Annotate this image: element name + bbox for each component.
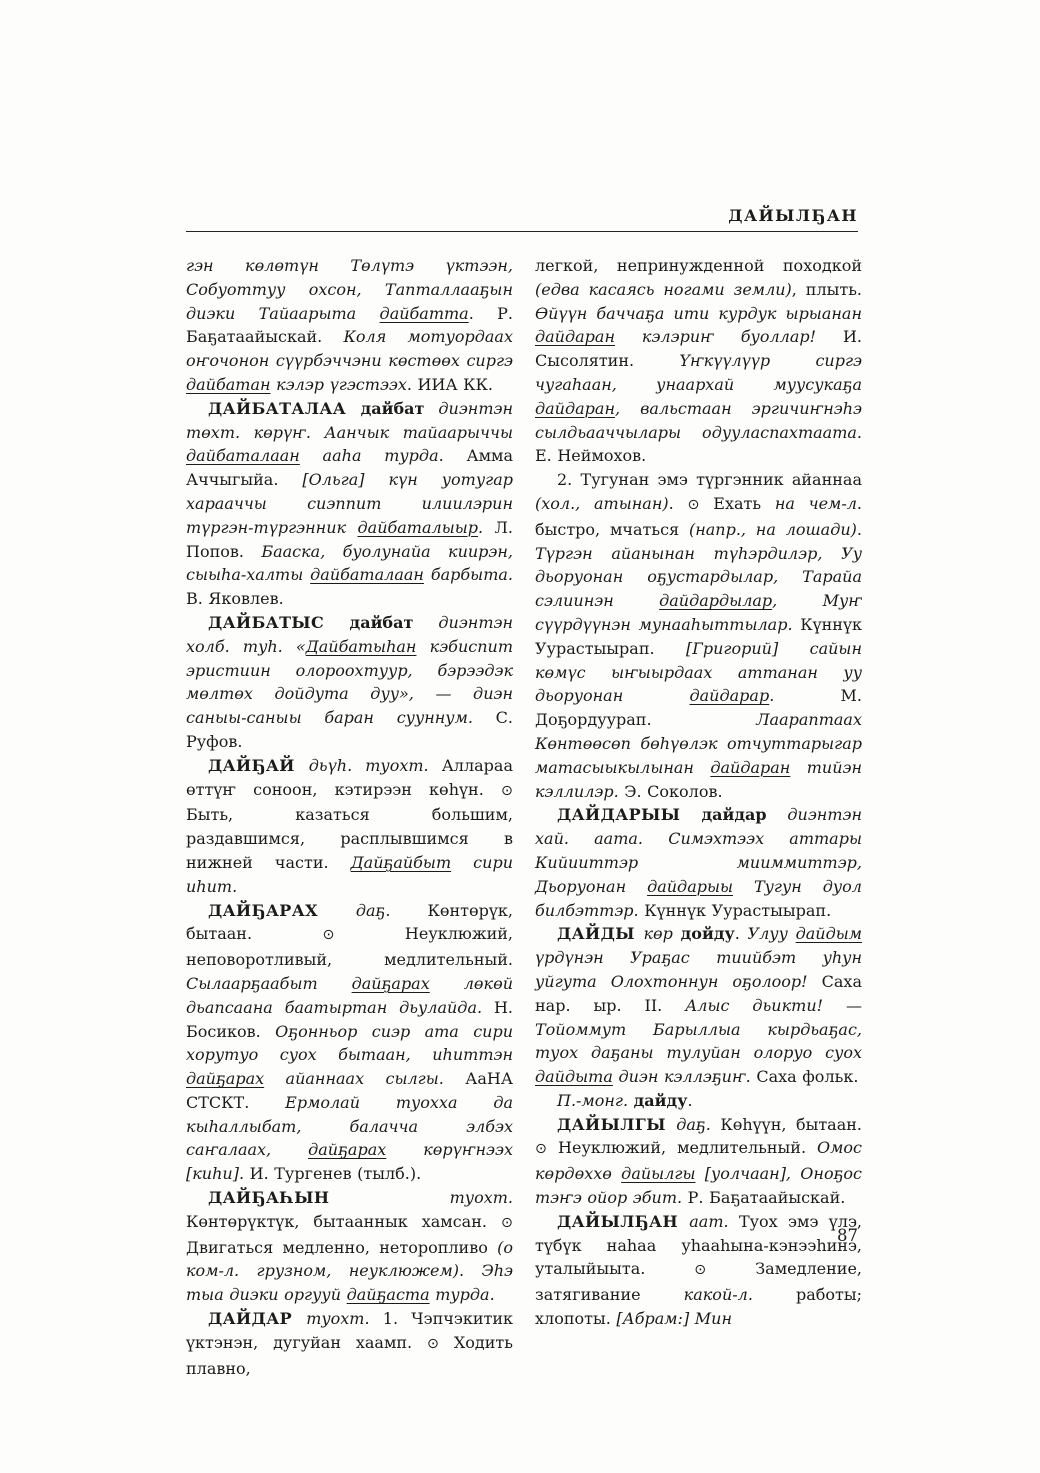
underlined-word-form: дайбаталаан xyxy=(186,446,300,465)
text-segment: Р. Баҕатаайыскай. xyxy=(682,1188,845,1207)
translation-marker-icon: ⊙ xyxy=(694,1262,706,1278)
underlined-word-form: дайҕарах xyxy=(186,1069,264,1088)
text-segment: . xyxy=(857,520,862,539)
text-segment: барбыта. xyxy=(424,565,513,584)
text-segment: . xyxy=(669,494,688,513)
text-segment: В. Яковлев. xyxy=(186,589,284,608)
dictionary-entry: ДАЙЫЛГЫ даҕ. Көһүүн, бытаан. ⊙ Неуклюжий… xyxy=(535,1113,862,1210)
paragraph: гэн көлөтүн Төлүтэ үктээн, Собуоттуу охс… xyxy=(186,254,513,397)
text-segment: (напр., на лошади) xyxy=(689,520,857,539)
text-segment: . xyxy=(735,924,748,943)
paragraph: легкой, непринужденной походкой (едва ка… xyxy=(535,254,862,468)
dictionary-entry: ДАЙҔАҺЫН туохт. Көнтөрүктүк, бытааннык х… xyxy=(186,1186,513,1307)
underlined-word-form: дайдарар xyxy=(690,686,770,705)
underlined-word-form: дайдарыы xyxy=(647,877,733,896)
translation-marker-icon: ⊙ xyxy=(427,1336,439,1352)
underlined-word-form: дайдаран xyxy=(535,399,615,418)
text-segment: [Абрам:] Мин xyxy=(616,1309,732,1328)
translation-marker-icon: ⊙ xyxy=(322,927,334,943)
headword-reference: дайдар xyxy=(701,805,787,824)
text-segment: (едва касаясь ногами земли) xyxy=(535,280,792,299)
headword: ДАЙҔАҺЫН xyxy=(208,1188,450,1207)
headword: ДАЙБАТАЛАА xyxy=(208,399,361,418)
text-segment: ааһа турда. xyxy=(300,446,444,465)
page-number: 87 xyxy=(186,1226,858,1245)
underlined-word-form: дайҕарах xyxy=(352,974,430,993)
headword-reference: дайбат xyxy=(361,399,439,418)
underlined-word-form: дайдаран xyxy=(710,758,790,777)
underlined-word-form: дайҕарах xyxy=(308,1140,386,1159)
text-segment: кэлэриҥ буоллар! xyxy=(615,327,816,346)
dictionary-entry: ДАЙДАР туохт. 1. Чэпчэкитик үктэнэн, дуг… xyxy=(186,1307,513,1380)
text-segment: Көһүүн, бытаан. xyxy=(720,1115,862,1134)
underlined-word-form: Дайҕайбыт xyxy=(351,853,451,872)
underlined-word-form: дайдыта xyxy=(535,1067,613,1086)
text-segment: Неуклюжий, медлительный. xyxy=(547,1138,817,1157)
text-segment: даҕ. xyxy=(356,901,428,920)
text-segment: (хол., атынан) xyxy=(535,494,669,513)
text-segment: диэн кэллэҕиҥ. xyxy=(613,1067,751,1086)
text-segment: быстро, мчаться xyxy=(535,520,689,539)
headword: ДАЙДАРЫЫ xyxy=(557,805,701,824)
text-segment: Э. Соколов. xyxy=(619,782,723,801)
text-segment: туохт. xyxy=(306,1309,383,1328)
dictionary-entry: ДАЙДЫ көр дойду. Улуу дайдым үрдүнэн Ура… xyxy=(535,922,862,1089)
text-segment: Өйүүн баччаҕа ити курдук ырыанан xyxy=(535,304,862,323)
text-segment: Улуу xyxy=(748,924,796,943)
text-segment: какой-л. xyxy=(684,1285,753,1304)
underlined-word-form: дайбатан xyxy=(186,375,271,394)
dictionary-page: ДАЙЫЛҔАН гэн көлөтүн Төлүтэ үктээн, Собу… xyxy=(0,0,1040,1473)
headword: ДАЙҔАРАХ xyxy=(208,901,356,920)
text-segment: Саха фольк. xyxy=(751,1067,859,1086)
headword: ДАЙДАР xyxy=(208,1309,306,1328)
text-segment: дьүһ. туохт. xyxy=(309,756,442,775)
text-segment: И. Тургенев (тылб.). xyxy=(244,1164,421,1183)
paragraph: 2. Тугунан эмэ түргэнник айаннаа (хол., … xyxy=(535,468,862,803)
text-segment: айаннаах сылгы. xyxy=(264,1069,444,1088)
text-segment: Сылаарҕаабыт xyxy=(186,974,352,993)
underlined-word-form: дайбатта xyxy=(380,304,469,323)
headword-reference: дайду xyxy=(634,1091,688,1110)
text-segment: на чем-л. xyxy=(775,494,862,513)
text-segment: 2. Тугунан эмэ түргэнник айаннаа xyxy=(557,470,862,489)
underlined-word-form: дайбаталаан xyxy=(310,565,424,584)
text-segment: Ехать xyxy=(700,494,775,513)
translation-marker-icon: ⊙ xyxy=(501,783,513,799)
underlined-word-form: дайбаталыыр xyxy=(358,518,479,537)
underlined-word-form: дайҕаста xyxy=(347,1285,430,1304)
text-segment: легкой, непринужденной походкой xyxy=(535,256,862,275)
text-segment: . xyxy=(459,1261,481,1280)
text-segment: , плыть. xyxy=(792,280,862,299)
underlined-word-form: дайылгы xyxy=(621,1164,695,1183)
running-head: ДАЙЫЛҔАН xyxy=(186,206,858,226)
translation-marker-icon: ⊙ xyxy=(535,1141,547,1157)
dictionary-entry: ДАЙҔАЙ дьүһ. туохт. Аллараа өттүҥ соноон… xyxy=(186,754,513,899)
column-left: гэн көлөтүн Төлүтэ үктээн, Собуоттуу охс… xyxy=(186,254,513,1380)
dictionary-entry: ДАЙДАРЫЫ дайдар диэнтэн хай. аата. Симэх… xyxy=(535,803,862,922)
dictionary-entry: ДАЙБАТЫС дайбат диэнтэн холб. туһ. «Дайб… xyxy=(186,611,513,754)
paragraph: П.-монг. дайду. xyxy=(535,1089,862,1113)
underlined-word-form: дайдардылар xyxy=(659,591,772,610)
headword-reference: дойду xyxy=(681,924,735,943)
dictionary-entry: ДАЙҔАРАХ даҕ. Көнтөрүк, бытаан. ⊙ Неуклю… xyxy=(186,899,513,1187)
text-segment: туохт. xyxy=(450,1188,513,1207)
underlined-word-form: дайдым xyxy=(796,924,862,943)
headword: ДАЙҔАЙ xyxy=(208,756,309,775)
text-segment: ИИА КК. xyxy=(412,375,493,394)
text-segment: кэлэр үгэстээх. xyxy=(271,375,412,394)
underlined-word-form: дайдаран xyxy=(535,327,615,346)
translation-marker-icon: ⊙ xyxy=(687,497,699,513)
headword: ДАЙДЫ xyxy=(557,924,643,943)
text-segment: . xyxy=(687,1091,692,1110)
text-segment: Күннүк Уурастыырап. xyxy=(639,901,832,920)
text-segment: көр xyxy=(643,924,680,943)
headword: ДАЙБАТЫС xyxy=(208,613,350,632)
text-segment: турда. xyxy=(430,1285,495,1304)
text-segment: Е. Неймохов. xyxy=(535,446,646,465)
underlined-word-form: Дайбатыһан xyxy=(306,637,417,656)
text-segment: П.-монг. xyxy=(557,1091,634,1110)
headword-reference: дайбат xyxy=(350,613,439,632)
dictionary-entry: ДАЙБАТАЛАА дайбат диэнтэн төхт. көрүҥ. А… xyxy=(186,397,513,611)
headword: ДАЙЫЛГЫ xyxy=(557,1115,676,1134)
body-text: гэн көлөтүн Төлүтэ үктээн, Собуоттуу охс… xyxy=(186,254,862,1380)
column-right: легкой, непринужденной походкой (едва ка… xyxy=(535,254,862,1380)
header-rule xyxy=(186,231,858,232)
text-segment: даҕ. xyxy=(676,1115,720,1134)
